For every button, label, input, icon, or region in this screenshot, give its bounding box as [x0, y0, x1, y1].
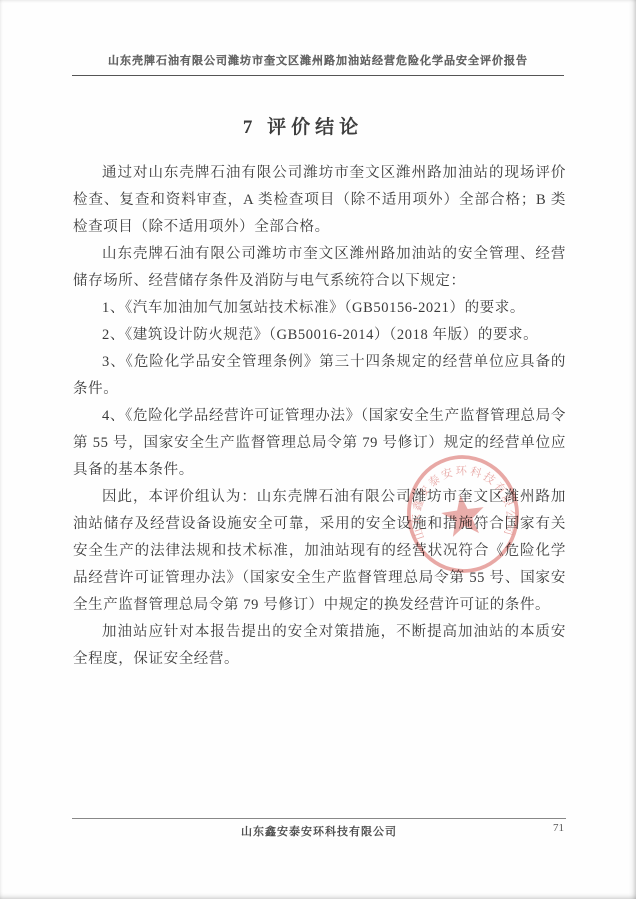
page-number: 71 [553, 822, 564, 834]
page-footer: 山东鑫安泰安环科技有限公司 71 [72, 818, 566, 839]
paragraph: 因此，本评价组认为：山东壳牌石油有限公司潍坊市奎文区潍州路加油站储存及经营设备设… [73, 484, 566, 619]
section-title: 7 评价结论 [0, 112, 606, 139]
footer-company-name: 山东鑫安泰安环科技有限公司 [72, 823, 566, 839]
paragraph: 加油站应针对本报告提出的安全对策措施，不断提高加油站的本质安全程度，保证安全经营… [73, 619, 566, 673]
paragraph: 4、《危险化学品经营许可证管理办法》（国家安全生产监督管理总局令第 55 号，国… [73, 403, 566, 484]
document-body: 通过对山东壳牌石油有限公司潍坊市奎文区潍州路加油站的现场评价检查、复查和资料审查… [73, 160, 566, 673]
paragraph: 山东壳牌石油有限公司潍坊市奎文区潍州路加油站的安全管理、经营储存场所、经营储存条… [73, 241, 566, 295]
paragraph: 通过对山东壳牌石油有限公司潍坊市奎文区潍州路加油站的现场评价检查、复查和资料审查… [73, 160, 566, 241]
paragraph: 1、《汽车加油加气加氢站技术标准》（GB50156-2021）的要求。 [73, 295, 566, 322]
report-header-title: 山东壳牌石油有限公司潍坊市奎文区潍州路加油站经营危险化学品安全评价报告 [72, 52, 564, 76]
paragraph: 3、《危险化学品安全管理条例》第三十四条规定的经营单位应具备的条件。 [73, 349, 566, 403]
paragraph: 2、《建筑设计防火规范》（GB50016-2014）（2018 年版）的要求。 [73, 322, 566, 349]
report-page: 山东壳牌石油有限公司潍坊市奎文区潍州路加油站经营危险化学品安全评价报告 7 评价… [0, 0, 636, 899]
